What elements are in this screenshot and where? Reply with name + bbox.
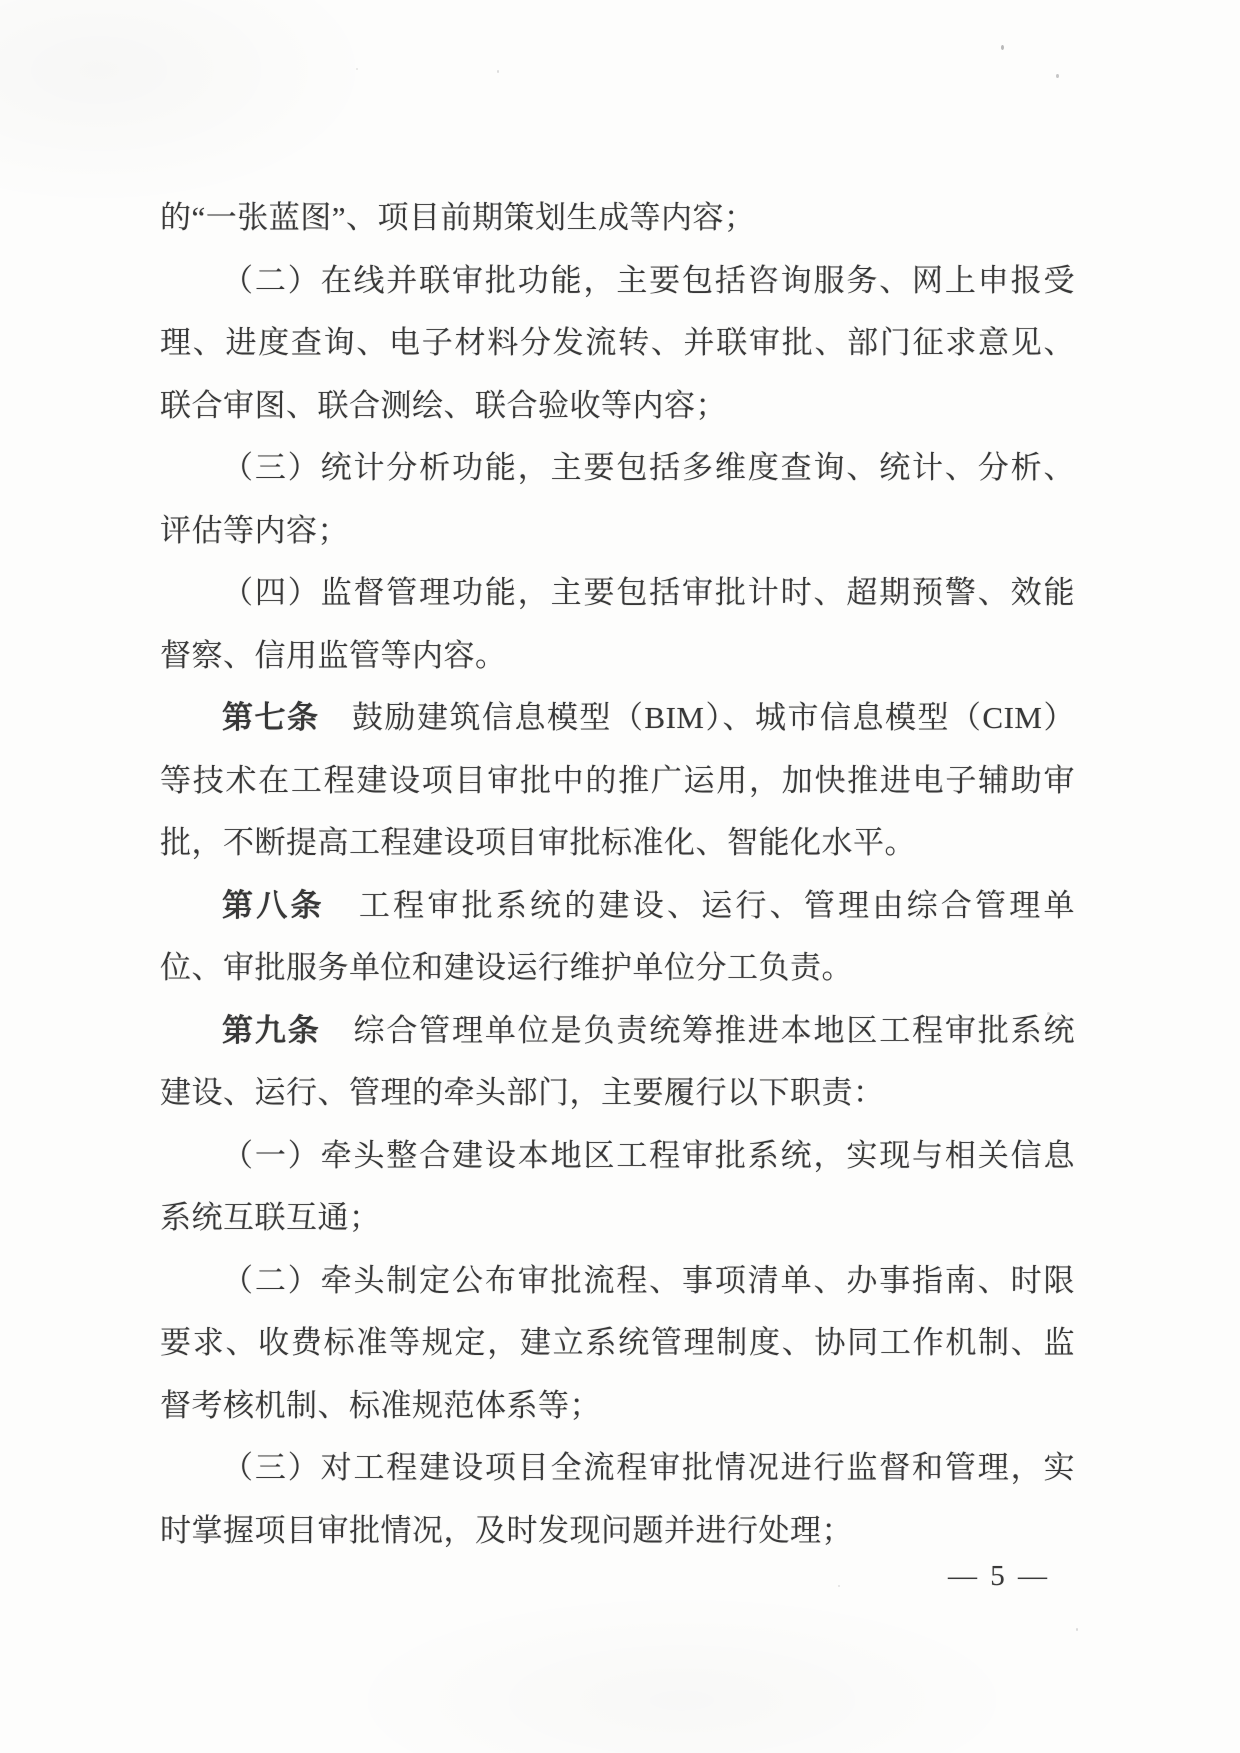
text-line: 督察、信用监管等内容。 xyxy=(160,625,1075,688)
text-line: （三）统计分析功能，主要包括多维度查询、统计、分析、 xyxy=(160,437,1075,500)
document-body: 的“一张蓝图”、项目前期策划生成等内容；（二）在线并联审批功能，主要包括咨询服务… xyxy=(160,187,1075,1562)
document-page: { "page": { "page_number": "— 5 —" }, "d… xyxy=(0,0,1240,1753)
text-line: 等技术在工程建设项目审批中的推广运用，加快推进电子辅助审 xyxy=(160,750,1075,813)
line-text: 系统互联互通； xyxy=(160,1200,381,1235)
paper-speck xyxy=(356,68,358,70)
text-line: （一）牵头整合建设本地区工程审批系统，实现与相关信息 xyxy=(160,1125,1075,1188)
text-line: 系统互联互通； xyxy=(160,1187,1075,1250)
line-text: （二）牵头制定公布审批流程、事项清单、办事指南、时限 xyxy=(222,1263,1075,1298)
line-text: 位、审批服务单位和建设运行维护单位分工负责。 xyxy=(160,950,853,985)
line-text: 批，不断提高工程建设项目审批标准化、智能化水平。 xyxy=(160,825,916,860)
line-text: 时掌握项目审批情况，及时发现问题并进行处理； xyxy=(160,1513,853,1548)
article-number-label: 第九条 xyxy=(222,1013,321,1048)
paper-speck xyxy=(1001,45,1004,50)
text-line: 督考核机制、标准规范体系等； xyxy=(160,1375,1075,1438)
line-text: （二）在线并联审批功能，主要包括咨询服务、网上申报受 xyxy=(222,263,1075,298)
line-text: 的“一张蓝图”、项目前期策划生成等内容； xyxy=(160,200,756,235)
text-line: （四）监督管理功能，主要包括审批计时、超期预警、效能 xyxy=(160,562,1075,625)
text-line: 要求、收费标准等规定，建立系统管理制度、协同工作机制、监 xyxy=(160,1312,1075,1375)
article-line: 第七条 鼓励建筑信息模型（BIM）、城市信息模型（CIM） xyxy=(160,687,1075,750)
text-line: 的“一张蓝图”、项目前期策划生成等内容； xyxy=(160,187,1075,250)
line-text: 等技术在工程建设项目审批中的推广运用，加快推进电子辅助审 xyxy=(160,763,1075,798)
text-line: 批，不断提高工程建设项目审批标准化、智能化水平。 xyxy=(160,812,1075,875)
text-line: 建设、运行、管理的牵头部门，主要履行以下职责： xyxy=(160,1062,1075,1125)
article-line: 第八条 工程审批系统的建设、运行、管理由综合管理单 xyxy=(160,875,1075,938)
article-line: 第九条 综合管理单位是负责统筹推进本地区工程审批系统 xyxy=(160,1000,1075,1063)
line-text: 评估等内容； xyxy=(160,513,349,548)
paper-speck xyxy=(1076,1628,1078,1631)
line-text: 督察、信用监管等内容。 xyxy=(160,638,507,673)
line-text: （三）统计分析功能，主要包括多维度查询、统计、分析、 xyxy=(222,450,1075,485)
paper-speck xyxy=(1056,74,1059,78)
text-line: 理、进度查询、电子材料分发流转、并联审批、部门征求意见、 xyxy=(160,312,1075,375)
line-text: （一）牵头整合建设本地区工程审批系统，实现与相关信息 xyxy=(222,1138,1075,1173)
text-line: 评估等内容； xyxy=(160,500,1075,563)
page-number: — 5 — xyxy=(948,1558,1050,1594)
line-text: 督考核机制、标准规范体系等； xyxy=(160,1388,601,1423)
article-number-label: 第八条 xyxy=(222,888,325,923)
line-text: 理、进度查询、电子材料分发流转、并联审批、部门征求意见、 xyxy=(160,325,1075,360)
text-line: （二）牵头制定公布审批流程、事项清单、办事指南、时限 xyxy=(160,1250,1075,1313)
text-line: 时掌握项目审批情况，及时发现问题并进行处理； xyxy=(160,1500,1075,1563)
paper-speck xyxy=(838,1585,840,1587)
line-text: 要求、收费标准等规定，建立系统管理制度、协同工作机制、监 xyxy=(160,1325,1075,1360)
line-text: 联合审图、联合测绘、联合验收等内容； xyxy=(160,388,727,423)
text-line: 联合审图、联合测绘、联合验收等内容； xyxy=(160,375,1075,438)
line-text: 工程审批系统的建设、运行、管理由综合管理单 xyxy=(325,888,1075,923)
paper-speck xyxy=(497,70,499,73)
line-text: 综合管理单位是负责统筹推进本地区工程审批系统 xyxy=(321,1013,1075,1048)
text-line: （二）在线并联审批功能，主要包括咨询服务、网上申报受 xyxy=(160,250,1075,313)
article-number-label: 第七条 xyxy=(222,700,319,735)
line-text: （四）监督管理功能，主要包括审批计时、超期预警、效能 xyxy=(222,575,1075,610)
line-text: 建设、运行、管理的牵头部门，主要履行以下职责： xyxy=(160,1075,885,1110)
text-line: 位、审批服务单位和建设运行维护单位分工负责。 xyxy=(160,937,1075,1000)
line-text: 鼓励建筑信息模型（BIM）、城市信息模型（CIM） xyxy=(319,700,1075,735)
line-text: （三）对工程建设项目全流程审批情况进行监督和管理，实 xyxy=(222,1450,1075,1485)
text-line: （三）对工程建设项目全流程审批情况进行监督和管理，实 xyxy=(160,1437,1075,1500)
